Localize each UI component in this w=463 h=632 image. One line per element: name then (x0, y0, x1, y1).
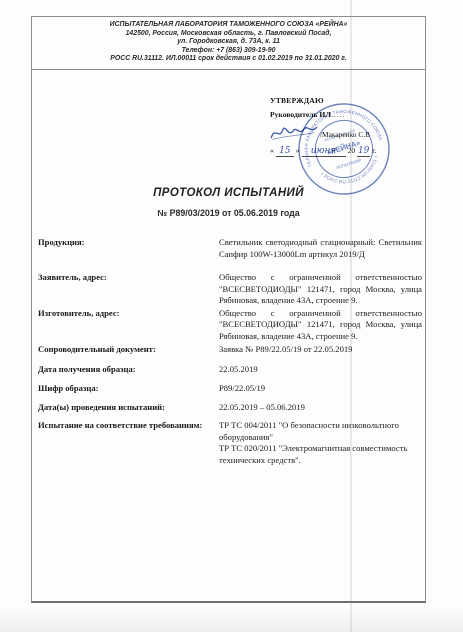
approver-role-label: Руководитель ИЛ (270, 110, 331, 119)
row-value: Заявка № Р89/22.05/19 от 22.05.2019 (219, 344, 422, 356)
table-row: Заявитель, адрес: Общество с ограниченно… (38, 272, 422, 307)
approval-block: УТВЕРЖДАЮ Руководитель ИЛ….. /Макаренко … (270, 94, 422, 157)
lab-address-line1: 142500, Россия, Московская область, г. П… (38, 30, 419, 39)
title-block: ПРОТОКОЛ ИСПЫТАНИЙ № Р89/03/2019 от 05.0… (32, 187, 425, 218)
lab-accreditation: РОСС RU.31112. ИЛ.00011 срок действия с … (38, 55, 419, 64)
scanned-document-page: ИСПЫТАТЕЛЬНАЯ ЛАБОРАТОРИЯ ТАМОЖЕННОГО СО… (0, 0, 463, 632)
year-printed: 20 (348, 144, 356, 157)
handwritten-year: 19 (358, 146, 369, 156)
row-value: ТР ТС 004/2011 "О безопасности низковоль… (219, 420, 422, 466)
row-label: Дата получения образца: (38, 364, 219, 376)
lab-header: ИСПЫТАТЕЛЬНАЯ ЛАБОРАТОРИЯ ТАМОЖЕННОГО СО… (32, 17, 425, 70)
stamp-center-small-bottom: ИСПЫТАНИЙ (336, 157, 362, 170)
info-rows: Продукция: Светильник светодиодный стаци… (38, 237, 422, 466)
signature-scribble (269, 121, 318, 142)
row-value: Светильник светодиодный стационарный: Св… (219, 237, 422, 260)
table-row: Дата получения образца: 22.05.2019 (38, 364, 422, 376)
year-field: 19 (357, 146, 370, 157)
table-row: Изготовитель, адрес: Общество с ограниче… (38, 308, 422, 343)
year-suffix: г. (372, 144, 376, 157)
row-value: 22.05.2019 (219, 364, 422, 376)
document-table: ИСПЫТАТЕЛЬНАЯ ЛАБОРАТОРИЯ ТАМОЖЕННОГО СО… (31, 16, 426, 603)
row-value: 22.05.2019 – 05.06.2019 (219, 402, 422, 414)
quote-open: « (270, 144, 274, 157)
handwritten-day: 15 (279, 146, 290, 156)
row-value: Общество с ограниченной ответственностью… (219, 272, 422, 307)
lab-name: ИСПЫТАТЕЛЬНАЯ ЛАБОРАТОРИЯ ТАМОЖЕННОГО СО… (38, 21, 419, 30)
approver-name: /Макаренко С.В (320, 128, 370, 141)
approval-date-row: « 15 » июня 20 19 г. (270, 144, 422, 157)
row-label: Заявитель, адрес: (38, 272, 219, 284)
document-title: ПРОТОКОЛ ИСПЫТАНИЙ (32, 187, 425, 199)
approve-label: УТВЕРЖДАЮ (270, 94, 422, 107)
row-label: Сопроводительный документ: (38, 344, 219, 356)
row-label: Продукция: (38, 237, 219, 249)
row-value: Общество с ограниченной ответственностью… (219, 308, 422, 343)
approver-role: Руководитель ИЛ….. (270, 108, 422, 121)
table-row: Шифр образца: Р89/22.05/19 (38, 383, 422, 395)
month-field: июня (302, 146, 346, 157)
row-value: Р89/22.05/19 (219, 383, 422, 395)
table-row: Испытание на соответствие требованиям: Т… (38, 420, 422, 466)
row-label: Изготовитель, адрес: (38, 308, 219, 320)
table-row: Сопроводительный документ: Заявка № Р89/… (38, 344, 422, 356)
row-label: Шифр образца: (38, 383, 219, 395)
lab-address-line2: ул. Городковская, д. 73А, к. 11 (38, 38, 419, 47)
day-field: 15 (276, 146, 294, 157)
table-row: Дата(ы) проведения испытаний: 22.05.2019… (38, 402, 422, 414)
table-row: Продукция: Светильник светодиодный стаци… (38, 237, 422, 260)
role-dots: ….. (331, 110, 345, 119)
quote-close: » (296, 144, 300, 157)
row-label: Дата(ы) проведения испытаний: (38, 402, 219, 414)
document-number-date: № Р89/03/2019 от 05.06.2019 года (32, 208, 425, 218)
signature-row: /Макаренко С.В (270, 123, 422, 141)
handwritten-month: июня (311, 146, 337, 156)
row-label: Испытание на соответствие требованиям: (38, 420, 219, 432)
